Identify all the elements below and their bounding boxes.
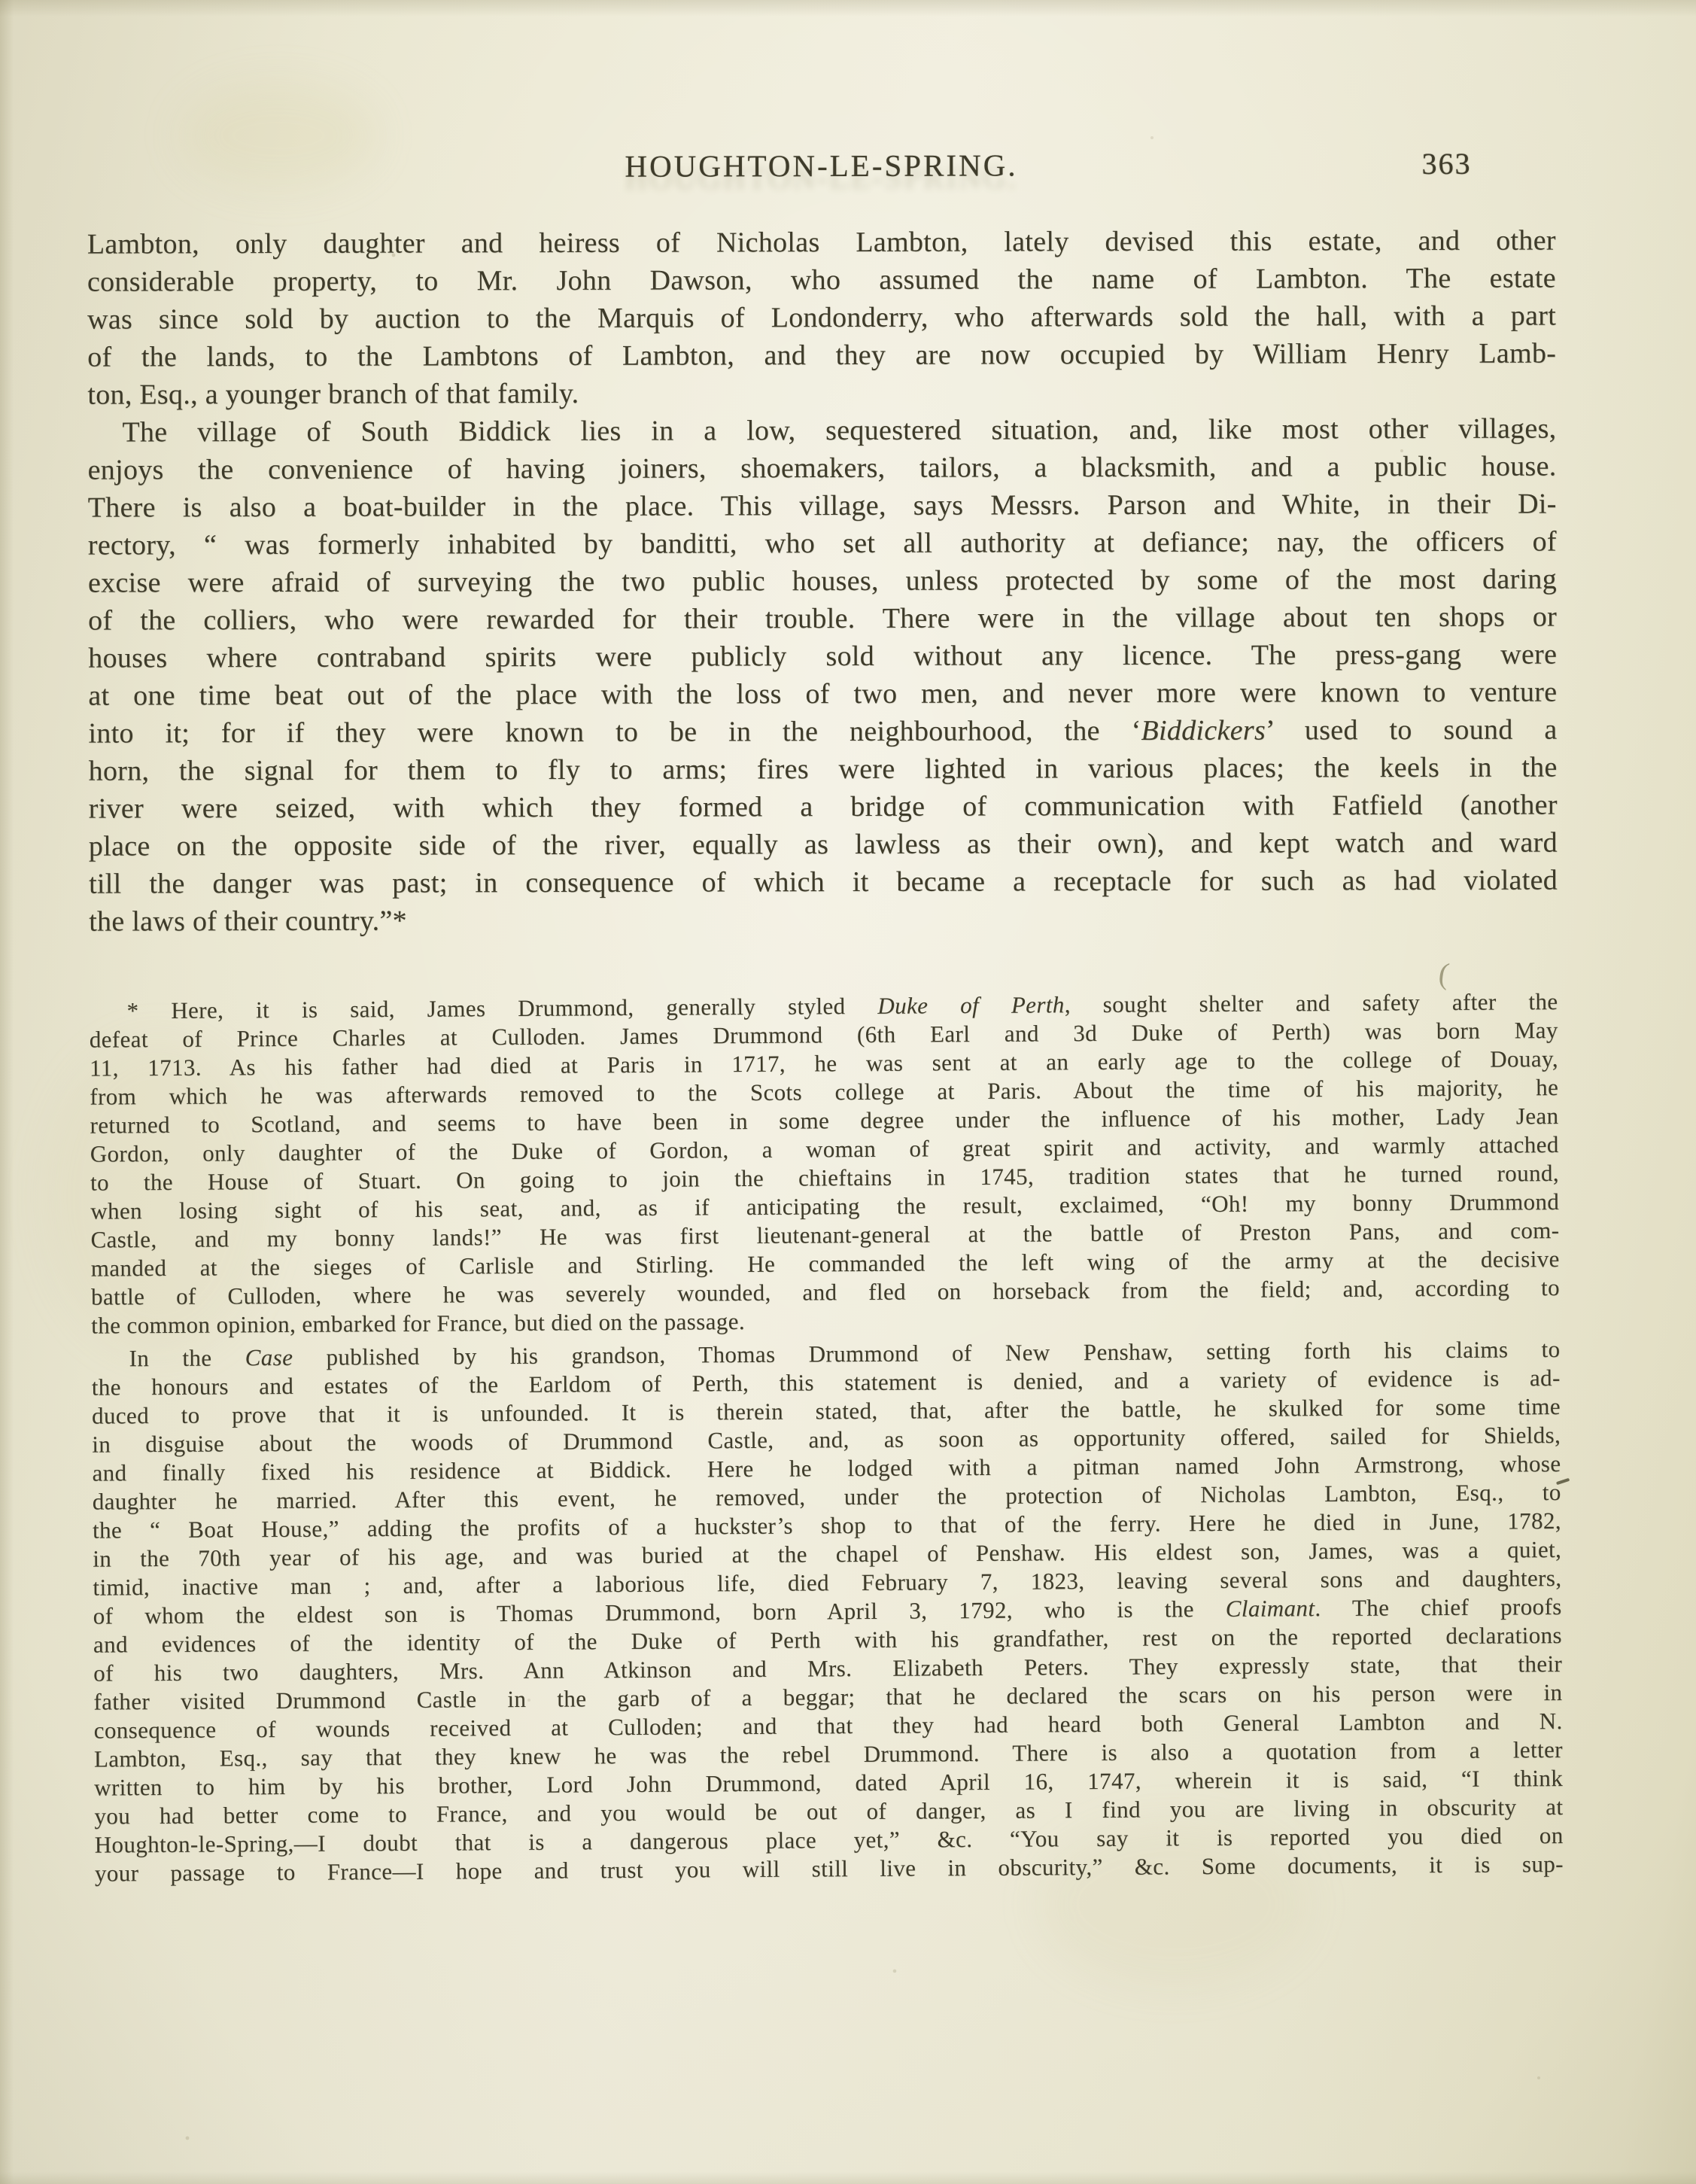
text-line: houses where contraband spirits were pub… xyxy=(88,636,1557,677)
main-text-block: Lambton, only daughter and heiress of Ni… xyxy=(87,222,1558,941)
text-line: excise were afraid of surveying the two … xyxy=(88,561,1557,602)
scanned-book-page: { "colors": { "paper_light": "#f1eede", … xyxy=(0,0,1696,2184)
italic-text: Case xyxy=(245,1344,293,1370)
text-line: was since sold by auction to the Marquis… xyxy=(87,297,1556,339)
text-line: of the lands, to the Lambtons of Lambton… xyxy=(87,335,1556,376)
text-line: rectory, “ was formerly inhabited by ban… xyxy=(88,523,1557,564)
text-line: There is also a boat-builder in the plac… xyxy=(88,485,1557,527)
ink-smudge-paren: ( xyxy=(1436,955,1451,991)
footnote-block: * Here, it is said, James Drummond, gene… xyxy=(89,987,1564,1888)
text-line: place on the opposite side of the river,… xyxy=(89,824,1558,865)
text-line: the laws of their country.”* xyxy=(89,899,1558,941)
paragraph: The village of South Biddick lies in a l… xyxy=(87,410,1558,941)
italic-text: Biddickers xyxy=(1141,715,1266,747)
italic-text: Claimant xyxy=(1226,1595,1315,1622)
paragraph: * Here, it is said, James Drummond, gene… xyxy=(89,987,1560,1340)
paragraph: In the Case published by his grandson, T… xyxy=(91,1335,1564,1888)
text-line: river were seized, with which they forme… xyxy=(89,786,1558,828)
paragraph: Lambton, only daughter and heiress of Ni… xyxy=(87,222,1557,414)
page-number: 363 xyxy=(1421,141,1471,187)
text-line: enjoys the convenience of having joiners… xyxy=(88,448,1557,489)
text-line: The village of South Biddick lies in a l… xyxy=(87,410,1556,452)
text-line: considerable property, to Mr. John Dawso… xyxy=(87,260,1556,301)
text-line: into it; for if they were known to be in… xyxy=(88,711,1557,753)
text-line: at one time beat out of the place with t… xyxy=(88,674,1557,715)
text-line: horn, the signal for them to fly to arms… xyxy=(89,749,1558,790)
text-line: till the danger was past; in consequence… xyxy=(89,862,1558,903)
running-title: HOUGHTON-LE-SPRING. xyxy=(87,141,1555,190)
paper-speckle xyxy=(0,0,2,2)
page-content: HOUGHTON-LE-SPRING. 363 Lambton, only da… xyxy=(0,0,1696,2184)
text-line: Lambton, only daughter and heiress of Ni… xyxy=(87,222,1556,263)
italic-text: Duke of Perth xyxy=(877,991,1065,1019)
text-line: of the colliers, who were rewarded for t… xyxy=(88,598,1557,640)
text-line: ton, Esq., a younger branch of that fami… xyxy=(87,373,1556,414)
page-header: HOUGHTON-LE-SPRING. 363 xyxy=(87,141,1555,190)
